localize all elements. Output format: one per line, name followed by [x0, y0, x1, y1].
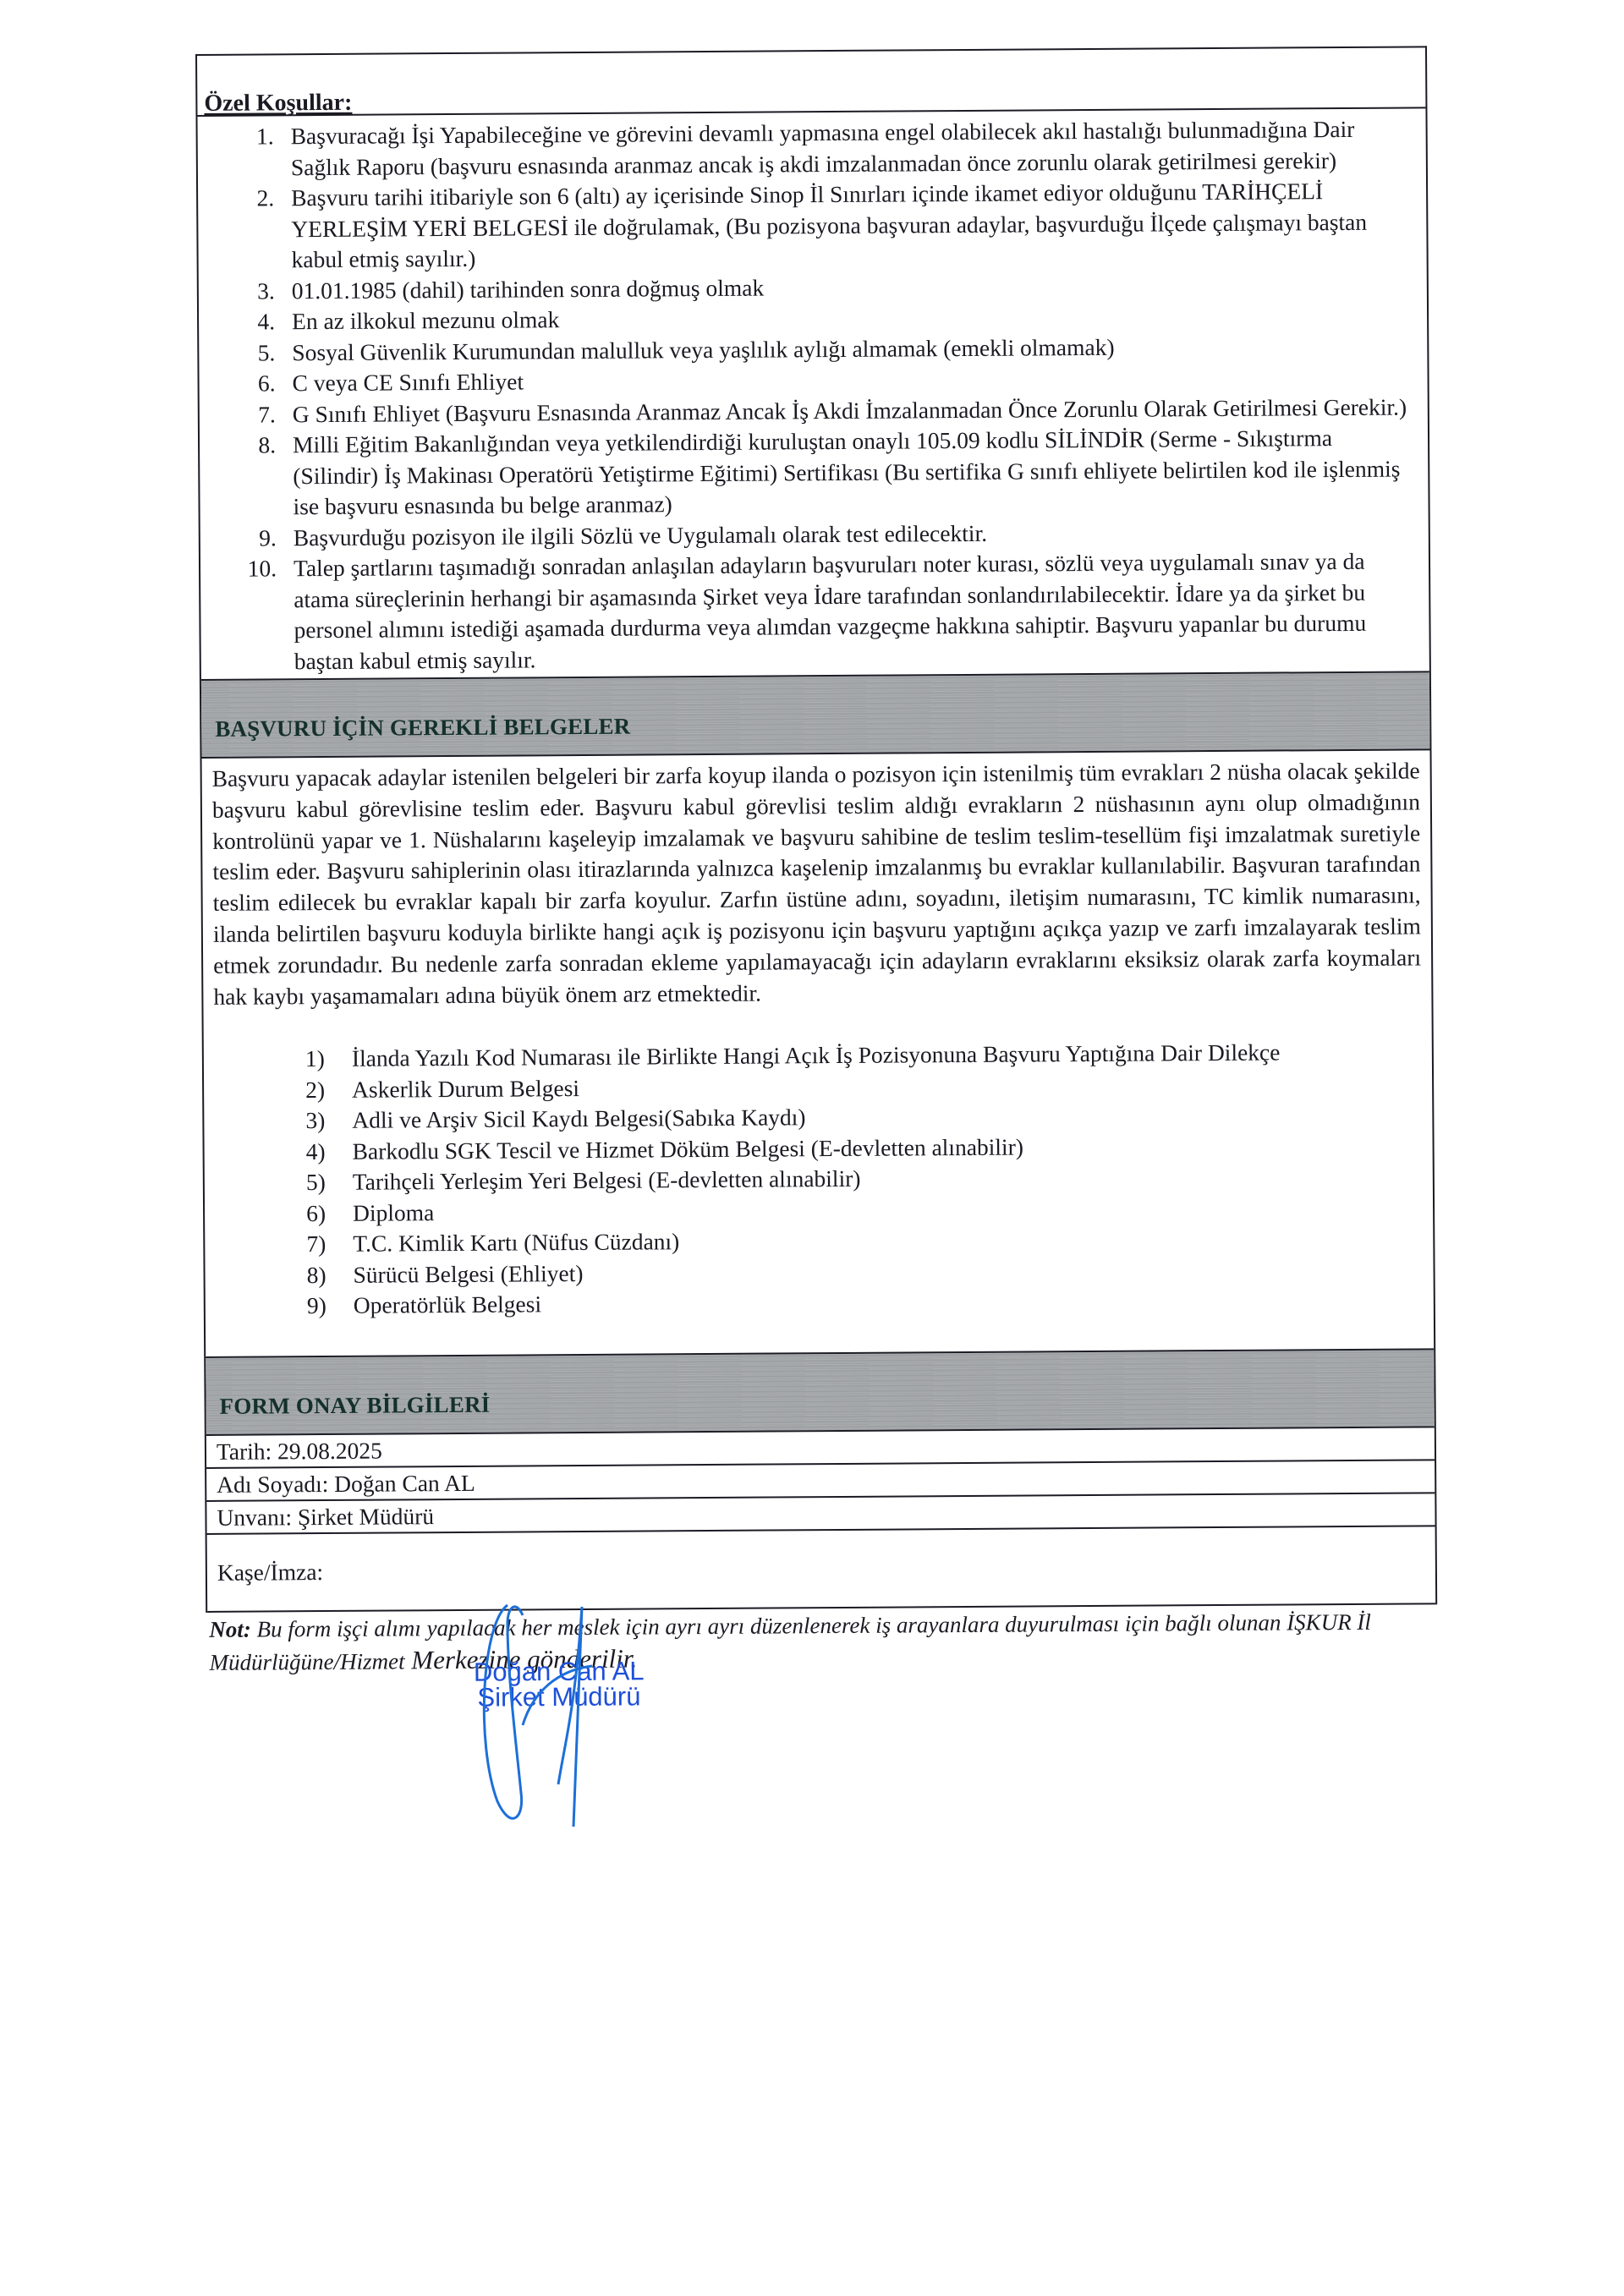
condition-item: 8.Milli Eğitim Bakanlığından veya yetkil… [200, 422, 1429, 523]
condition-item-text: Başvuracağı İşi Yapabileceğine ve görevi… [291, 113, 1426, 183]
condition-item: 10.Talep şartlarını taşımadığı sonradan … [200, 545, 1429, 677]
document-item-number: 9) [206, 1290, 354, 1323]
approval-band: FORM ONAY BİLGİLERİ [206, 1348, 1435, 1436]
document-item-number: 7) [205, 1229, 353, 1261]
document-item-number: 2) [204, 1075, 352, 1107]
note-label: Not: [209, 1616, 251, 1641]
document-item-number: 1) [204, 1044, 352, 1076]
required-documents-band: BAŞVURU İÇİN GEREKLİ BELGELER [201, 671, 1430, 759]
special-conditions-list: 1.Başvuracağı İşi Yapabileceğine ve göre… [197, 108, 1429, 679]
condition-item-number: 4. [199, 306, 292, 337]
note-text: Bu form işçi alımı yapılacak her meslek … [210, 1609, 1371, 1675]
required-documents-paragraph: Başvuru yapacak adaylar istenilen belgel… [202, 750, 1432, 1012]
condition-item: 2.Başvuru tarihi itibariyle son 6 (altı)… [198, 175, 1427, 276]
approval-title: FORM ONAY BİLGİLERİ [220, 1392, 491, 1420]
condition-item-number: 9. [200, 523, 294, 554]
condition-item-text: Milli Eğitim Bakanlığından veya yetkilen… [293, 422, 1429, 522]
required-documents-title: BAŞVURU İÇİN GEREKLİ BELGELER [215, 714, 630, 743]
job-posting-form: Özel Koşullar: 1.Başvuracağı İşi Yapabil… [195, 46, 1438, 1678]
condition-item-number: 3. [199, 276, 292, 307]
document-item-number: 4) [204, 1137, 352, 1169]
condition-item-number: 10. [200, 553, 294, 677]
condition-item-number: 6. [199, 368, 292, 399]
approval-stamp-row: Kaşe/İmza: [207, 1526, 1436, 1613]
condition-item-number: 5. [199, 337, 292, 369]
document-item-number: 6) [205, 1198, 353, 1230]
special-conditions-heading: Özel Koşullar: [204, 90, 352, 118]
condition-item-number: 8. [200, 430, 294, 523]
condition-item-text: Talep şartlarını taşımadığı sonradan anl… [294, 545, 1429, 677]
condition-item-number: 1. [198, 121, 291, 184]
required-documents-list: 1)İlanda Yazılı Kod Numarası ile Birlikt… [204, 1005, 1435, 1356]
form-frame: Özel Koşullar: 1.Başvuracağı İşi Yapabil… [195, 46, 1437, 1612]
footer-note: Not: Bu form işçi alımı yapılacak her me… [206, 1604, 1461, 1679]
document-item-number: 5) [205, 1167, 353, 1199]
special-conditions-header: Özel Koşullar: [197, 47, 1425, 117]
document-item-text: Operatörlük Belgesi [354, 1284, 1434, 1322]
condition-item-text: Başvuru tarihi itibariyle son 6 (altı) a… [291, 175, 1427, 275]
signature-icon [474, 1590, 677, 1844]
condition-item: 1.Başvuracağı İşi Yapabileceğine ve göre… [198, 113, 1426, 184]
document-item-number: 3) [204, 1105, 352, 1137]
stamp-label: Kaşe/İmza: [217, 1559, 323, 1586]
condition-item-number: 2. [198, 183, 292, 276]
document-item-number: 8) [205, 1260, 353, 1292]
condition-item-number: 7. [200, 399, 293, 430]
